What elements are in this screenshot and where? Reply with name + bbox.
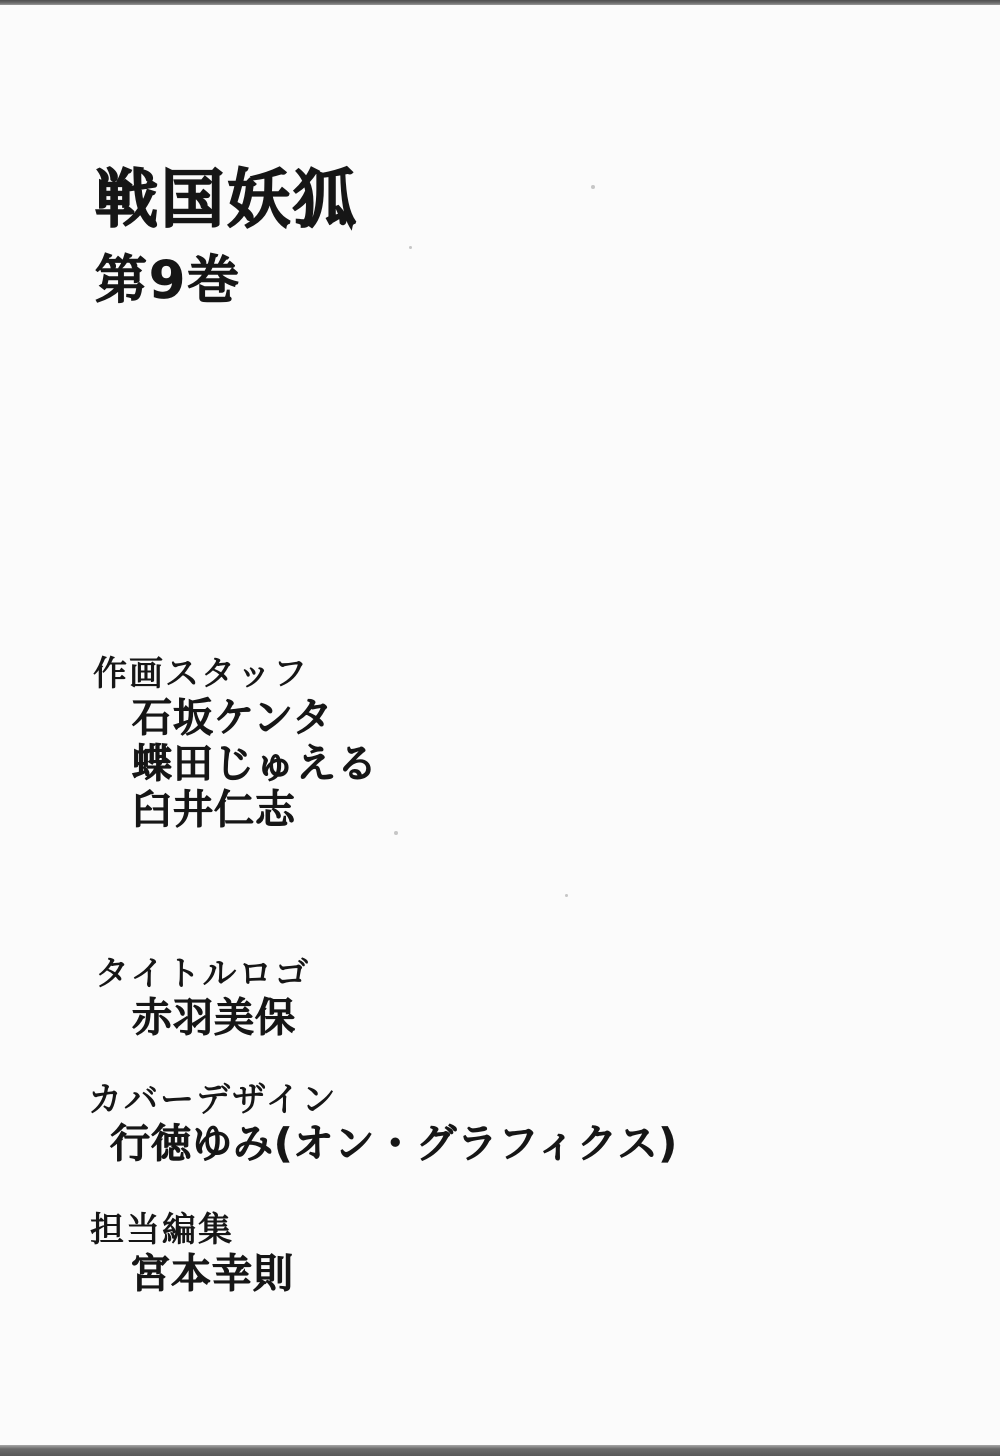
section-art-staff: 作画スタッフ 石坂ケンタ 蝶田じゅえる 臼井仁志 bbox=[93, 653, 378, 833]
section-cover-design: カバーデザイン 行徳ゆみ(オン・グラフィクス) bbox=[88, 1079, 678, 1167]
scan-noise-speck bbox=[409, 246, 412, 249]
title-logo-heading: タイトルロゴ bbox=[95, 953, 310, 995]
art-staff-heading: 作画スタッフ bbox=[93, 653, 378, 695]
staff-name: 行徳ゆみ(オン・グラフィクス) bbox=[110, 1121, 678, 1167]
editor-heading: 担当編集 bbox=[90, 1209, 294, 1251]
title-logo-names: 赤羽美保 bbox=[95, 995, 310, 1041]
section-title-logo: タイトルロゴ 赤羽美保 bbox=[95, 953, 310, 1041]
staff-name: 赤羽美保 bbox=[132, 995, 310, 1041]
art-staff-names: 石坂ケンタ 蝶田じゅえる 臼井仁志 bbox=[93, 695, 378, 833]
scan-noise-speck bbox=[394, 831, 398, 835]
scan-noise-speck bbox=[565, 894, 568, 897]
staff-name: 宮本幸則 bbox=[130, 1251, 294, 1297]
cover-design-names: 行徳ゆみ(オン・グラフィクス) bbox=[88, 1121, 678, 1167]
volume-number: 第9巻 bbox=[95, 254, 359, 308]
section-editor: 担当編集 宮本幸則 bbox=[90, 1209, 294, 1297]
staff-name: 石坂ケンタ bbox=[132, 695, 378, 741]
cover-design-heading: カバーデザイン bbox=[88, 1079, 678, 1121]
scan-edge-bottom bbox=[0, 1445, 1000, 1456]
scan-edge-top bbox=[0, 0, 1000, 5]
staff-name: 蝶田じゅえる bbox=[132, 741, 378, 787]
series-title: 戦国妖狐 bbox=[95, 168, 359, 232]
scan-noise-speck bbox=[591, 185, 595, 189]
credits-page: 戦国妖狐 第9巻 作画スタッフ 石坂ケンタ 蝶田じゅえる 臼井仁志 タイトルロゴ… bbox=[0, 0, 1000, 1456]
title-block: 戦国妖狐 第9巻 bbox=[95, 168, 359, 308]
staff-name: 臼井仁志 bbox=[132, 787, 378, 833]
editor-names: 宮本幸則 bbox=[90, 1251, 294, 1297]
